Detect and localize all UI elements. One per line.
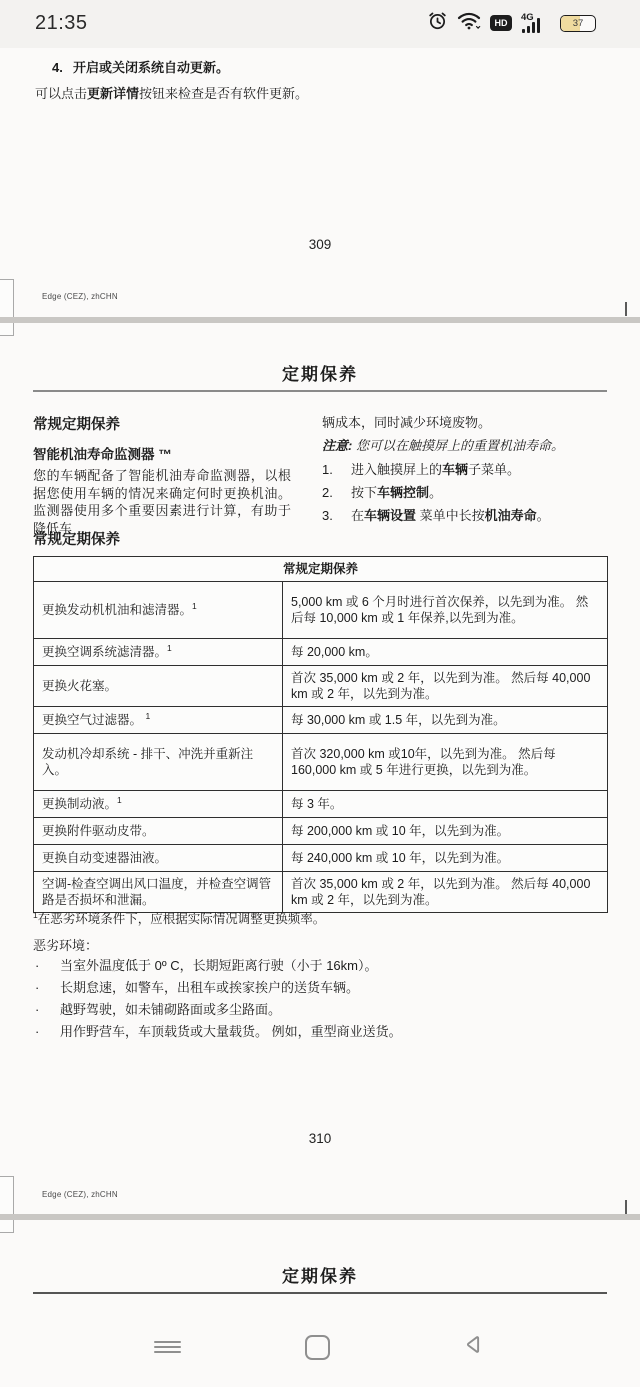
page-divider [0,1214,640,1220]
severe-bullet: ·长期怠速，如警车，出租车或挨家挨户的送货车辆。 [35,979,605,996]
cellular-signal-icon: 4G [521,14,551,33]
hd-voice-badge: HD [490,15,512,31]
battery-percent: 37 [573,18,584,29]
page-corner-artifact [0,279,14,336]
bullet-marker: · [35,957,60,974]
status-time: 21:35 [35,12,88,35]
table-footnote: 1在恶劣环境条件下，应根据实际情况调整更换频率。 [33,911,593,927]
step-3-bold: 车辆设置 [364,508,416,523]
maintenance-interval: 每 3 年。 [283,791,608,818]
bullet-text: 当室外温度低于 0º C，长期短距离行驶（小于 16km）。 [60,957,378,974]
phone-screen: 21:35 HD 4G [0,0,640,1387]
status-icons: HD 4G 37 [427,12,596,34]
home-button[interactable] [287,1322,347,1372]
chapter-title: 定期保养 [0,1262,640,1287]
step-1-bold: 车辆 [442,462,468,477]
intro-paragraph: 您的车辆配备了智能机油寿命监测器，以根据您使用车辆的情况来确定何时更换机油。 监… [33,467,291,537]
pdf-footer-309: Edge (CEZ), zhCHN [42,292,118,301]
maintenance-interval: 每 200,000 km 或 10 年，以先到为准。 [283,818,608,845]
step-1-number: 1. [322,461,351,478]
bullet-marker: · [35,1001,60,1018]
table-row: 更换自动变速器油液。 每 240,000 km 或 10 年，以先到为准。 [34,845,608,872]
wifi-icon [457,11,481,36]
step-1: 1.进入触摸屏上的车辆子菜单。 [322,461,622,478]
bullet-marker: · [35,979,60,996]
severe-bullet: ·当室外温度低于 0º C，长期短距离行驶（小于 16km）。 [35,957,605,974]
page-number-310: 310 [0,1131,640,1146]
intro-paragraph-continued: 辆成本，同时减少环境废物。 [322,414,617,432]
maintenance-item: 更换火花塞。 [34,666,283,707]
menu-button[interactable] [137,1322,197,1372]
page-edge-tick [625,302,627,316]
step-3: 3.在车辆设置 菜单中长按机油寿命。 [322,507,622,524]
back-button[interactable] [442,1322,502,1372]
step-3-post: 。 [537,508,550,523]
bullet-text: 长期怠速，如警车，出租车或挨家挨户的送货车辆。 [60,979,359,996]
bullet-marker: · [35,1023,60,1040]
navigation-bar [0,1320,640,1387]
step-1-pre: 进入触摸屏上的 [351,462,442,477]
chapter-title: 定期保养 [0,360,640,385]
maintenance-interval: 首次 35,000 km 或 2 年，以先到为准。 然后每 40,000 km … [283,872,608,913]
note-text: 您可以在触摸屏上的重置机油寿命。 [352,438,564,453]
step-2-bold: 车辆控制 [377,485,429,500]
step-3-bold2: 机油寿命 [485,508,537,523]
status-bar: 21:35 HD 4G [0,0,640,48]
tip-text-post: 按钮来检查是否有软件更新。 [139,86,308,101]
severe-conditions-heading: 恶劣环境： [33,935,98,954]
step-3-text: 在车辆设置 菜单中长按机油寿命。 [351,507,550,524]
step-1-post: 子菜单。 [468,462,520,477]
table-row: 更换火花塞。 首次 35,000 km 或 2 年，以先到为准。 然后每 40,… [34,666,608,707]
bullet-text: 用作野营车，车顶载货或大量载货。 例如，重型商业送货。 [60,1023,402,1040]
table-row: 更换发动机机油和滤清器。1 5,000 km 或 6 个月时进行首次保养，以先到… [34,582,608,639]
page-number-309: 309 [0,237,640,252]
maintenance-interval: 每 20,000 km。 [283,639,608,666]
table-header: 常规定期保养 [34,557,608,582]
maintenance-item: 更换自动变速器油液。 [34,845,283,872]
back-icon [459,1331,486,1363]
note-label: 注意: [322,438,352,453]
page-edge-tick [625,1200,627,1214]
maintenance-interval: 每 30,000 km 或 1.5 年，以先到为准。 [283,707,608,734]
table-row: 更换制动液。1 每 3 年。 [34,791,608,818]
step-2-pre: 按下 [351,485,377,500]
title-rule [33,1292,607,1294]
signal-bars [522,18,540,33]
table-row: 更换空气过滤器。 1 每 30,000 km 或 1.5 年，以先到为准。 [34,707,608,734]
table-row: 空调-检查空调出风口温度，并检查空调管路是否损坏和泄漏。 首次 35,000 k… [34,872,608,913]
step-2-number: 2. [322,484,351,501]
update-tip-text: 可以点击更新详情按钮来检查是否有软件更新。 [35,85,595,103]
maintenance-interval: 每 240,000 km 或 10 年，以先到为准。 [283,845,608,872]
step-2-post: 。 [429,485,442,500]
maintenance-interval: 5,000 km 或 6 个月时进行首次保养，以先到为准。 然后每 10,000… [283,582,608,639]
alarm-clock-icon [427,10,448,36]
maintenance-item: 空调-检查空调出风口温度，并检查空调管路是否损坏和泄漏。 [34,872,283,913]
severe-bullet: ·用作野营车，车顶载货或大量载货。 例如，重型商业送货。 [35,1023,605,1040]
step-3-number: 3. [322,507,351,524]
table-row: 更换空调系统滤清器。1 每 20,000 km。 [34,639,608,666]
table-row: 发动机冷却系统 - 排干、冲洗并重新注入。 首次 320,000 km 或10年… [34,734,608,791]
section-heading: 常规定期保养 [33,413,120,434]
menu-icon [154,1338,181,1356]
subsection-heading: 智能机油寿命监测器 ™ [33,443,172,463]
maintenance-item: 更换空调系统滤清器。1 [34,639,283,666]
pdf-footer-310: Edge (CEZ), zhCHN [42,1190,118,1199]
bullet-text: 越野驾驶，如未铺砌路面或多尘路面。 [60,1001,281,1018]
step-2-text: 按下车辆控制。 [351,484,442,501]
maintenance-interval: 首次 35,000 km 或 2 年，以先到为准。 然后每 40,000 km … [283,666,608,707]
step-2: 2.按下车辆控制。 [322,484,622,501]
page-corner-artifact [0,1176,14,1233]
maintenance-item: 发动机冷却系统 - 排干、冲洗并重新注入。 [34,734,283,791]
maintenance-interval: 首次 320,000 km 或10年，以先到为准。 然后每 160,000 km… [283,734,608,791]
maintenance-item: 更换空气过滤器。 1 [34,707,283,734]
title-rule [33,390,607,392]
maintenance-item: 更换制动液。1 [34,791,283,818]
footnote-text: 在恶劣环境条件下，应根据实际情况调整更换频率。 [38,912,326,926]
table-section-heading: 常规定期保养 [33,528,120,549]
maintenance-item: 更换发动机机油和滤清器。1 [34,582,283,639]
tip-text-bold: 更新详情 [87,86,139,101]
note-line: 注意: 您可以在触摸屏上的重置机油寿命。 [322,437,622,454]
tip-text-pre: 可以点击 [35,86,87,101]
step-3-mid: 菜单中长按 [416,508,485,523]
maintenance-table: 常规定期保养 更换发动机机油和滤清器。1 5,000 km 或 6 个月时进行首… [33,556,608,913]
table-row: 更换附件驱动皮带。 每 200,000 km 或 10 年，以先到为准。 [34,818,608,845]
severe-bullet: ·越野驾驶，如未铺砌路面或多尘路面。 [35,1001,605,1018]
update-step-text: 4. 开启或关闭系统自动更新。 [52,59,472,77]
maintenance-item: 更换附件驱动皮带。 [34,818,283,845]
battery-icon: 37 [560,15,596,32]
page-divider [0,317,640,323]
step-3-pre: 在 [351,508,364,523]
step-1-text: 进入触摸屏上的车辆子菜单。 [351,461,520,478]
home-icon [305,1335,330,1360]
